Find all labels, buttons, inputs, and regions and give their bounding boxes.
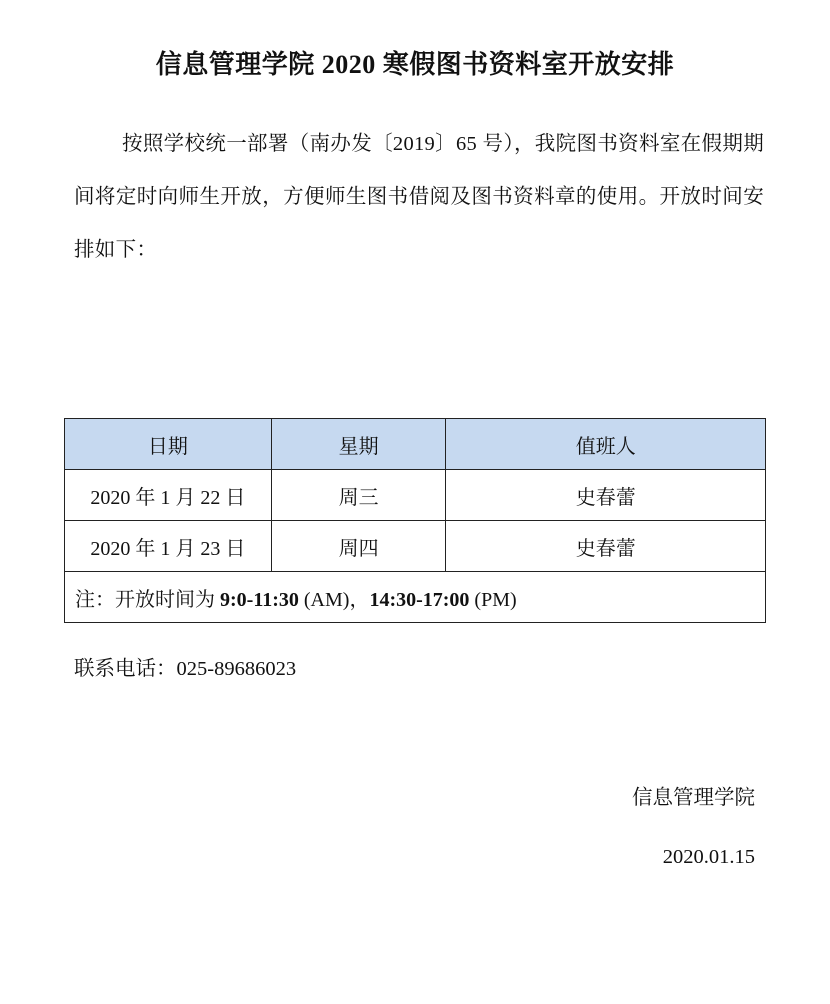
- cell-date: 2020 年 1 月 22 日: [65, 470, 272, 521]
- cell-weekday: 周四: [271, 521, 446, 572]
- schedule-table: 日期 星期 值班人 2020 年 1 月 22 日 周三 史春蕾 2020 年 …: [64, 418, 766, 623]
- header-weekday: 星期: [271, 419, 446, 470]
- header-duty-person: 值班人: [446, 419, 766, 470]
- document-title: 信息管理学院 2020 寒假图书资料室开放安排: [0, 44, 830, 81]
- signature-date: 2020.01.15: [663, 846, 755, 869]
- table-note-row: 注：开放时间为 9:0-11:30 (AM)，14:30-17:00 (PM): [65, 572, 766, 623]
- cell-weekday: 周三: [271, 470, 446, 521]
- note-pm-time: 14:30-17:00: [369, 589, 469, 611]
- header-date: 日期: [65, 419, 272, 470]
- cell-duty-person: 史春蕾: [446, 521, 766, 572]
- cell-date: 2020 年 1 月 23 日: [65, 521, 272, 572]
- signature-org: 信息管理学院: [632, 780, 755, 810]
- note-cell: 注：开放时间为 9:0-11:30 (AM)，14:30-17:00 (PM): [65, 572, 766, 623]
- table-header-row: 日期 星期 值班人: [65, 419, 766, 470]
- note-prefix: 注：开放时间为: [75, 589, 220, 611]
- table-row: 2020 年 1 月 22 日 周三 史春蕾: [65, 470, 766, 521]
- intro-paragraph: 按照学校统一部署（南办发〔2019〕65 号），我院图书资料室在假期期间将定时向…: [74, 118, 764, 277]
- note-pm-label: (PM): [469, 589, 516, 611]
- note-am-label: (AM)，: [299, 589, 370, 611]
- note-am-time: 9:0-11:30: [220, 589, 299, 611]
- cell-duty-person: 史春蕾: [446, 470, 766, 521]
- table-row: 2020 年 1 月 23 日 周四 史春蕾: [65, 521, 766, 572]
- contact-phone: 联系电话：025-89686023: [74, 651, 296, 681]
